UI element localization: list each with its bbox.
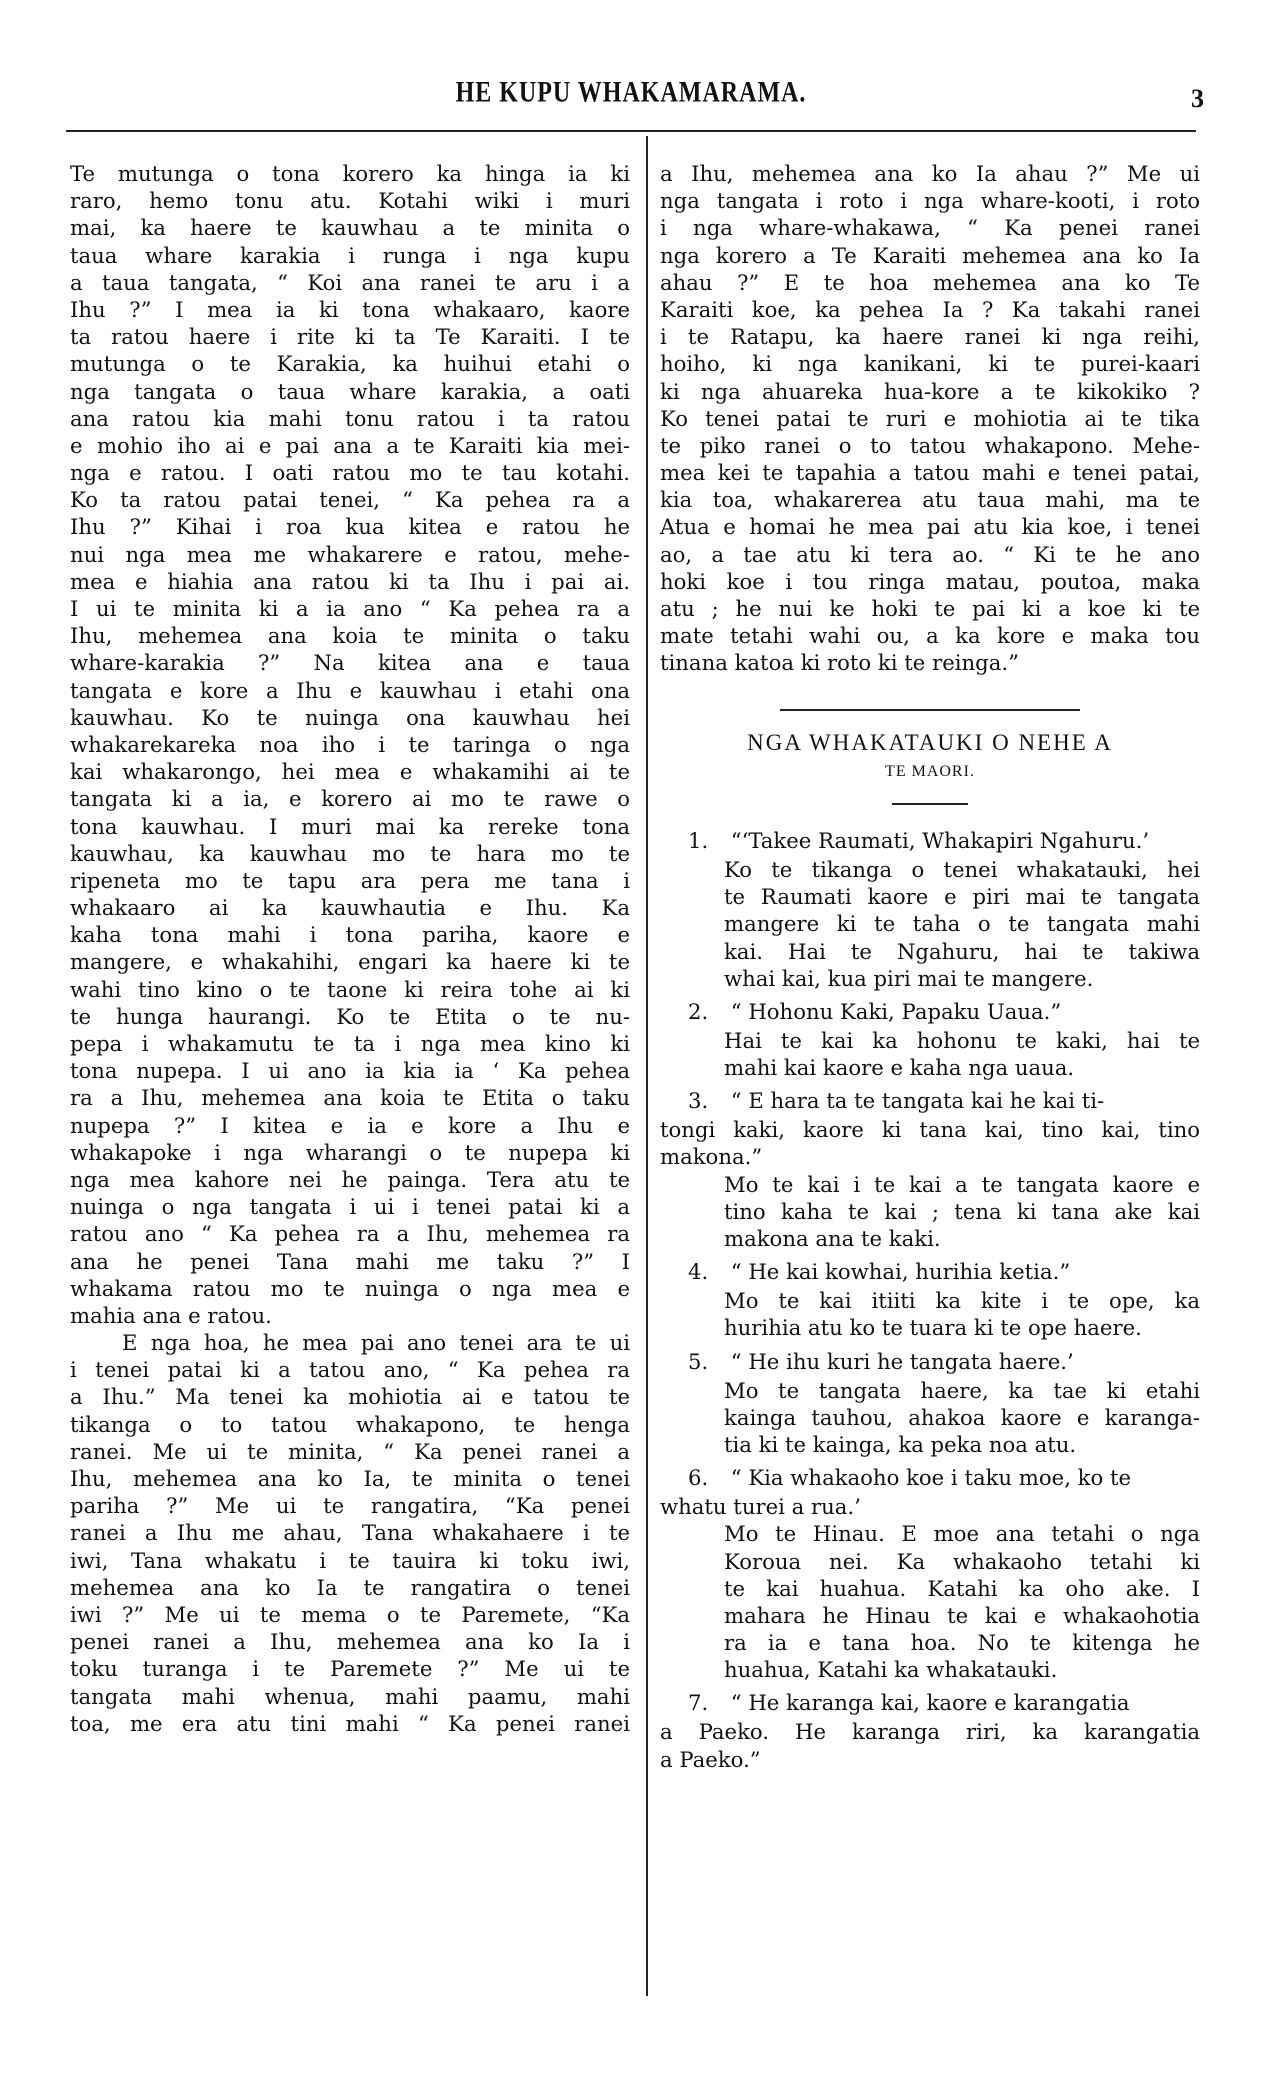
text-line: Mo te Hinau. E moe ana tetahi o nga [724,1520,1200,1547]
text-line: ana he penei Tana mahi me taku ?” I [70,1248,630,1275]
text-line: iwi, Tana whakatu i te tauira ki toku iw… [70,1547,630,1574]
text-line: ratou ano “ Ka pehea ra a Ihu, mehemea r… [70,1220,630,1247]
text-line: ra ia e tana hoa. No te kitenga he [724,1629,1200,1656]
text-line: whakapoke i nga wharangi o te nupepa ki [70,1139,630,1166]
text-line: tino kaha te kai ; tena ki tana ake kai [724,1198,1200,1225]
proverb-saying: “ He karanga kai, kaore e karangatia [731,1690,1130,1715]
text-line: Ihu, mehemea ana koia te minita o taku [70,622,630,649]
text-line: i te Ratapu, ka haere ranei ki nga reihi… [660,323,1200,350]
text-line: pariha ?” Me ui te rangatira, “Ka penei [70,1492,630,1519]
text-line: nga korero a Te Karaiti mehemea ana ko I… [660,242,1200,269]
text-line: tia ki te kainga, ka peka noa atu. [724,1431,1200,1458]
text-line: Te mutunga o tona korero ka hinga ia ki [70,160,630,187]
text-line: nga e ratou. I oati ratou mo te tau kota… [70,459,630,486]
text-line: kainga tauhou, ahakoa kaore e karanga- [724,1404,1200,1431]
proverb-item-2: 2. “ Hohonu Kaki, Papaku Uaua.” Hai te k… [660,998,1200,1081]
proverb-saying: “ E hara ta te tangata kai he kai ti- [731,1088,1104,1113]
text-line: ranei. Me ui te minita, “ Ka penei ranei… [70,1438,630,1465]
section-subtitle: TE MAORI. [660,758,1200,785]
text-line: ana ratou kia mahi tonu ratou i ta ratou [70,405,630,432]
text-line: Atua e homai he mea pai atu kia koe, i t… [660,513,1200,540]
text-line: a Paeko. He karanga riri, ka karangatia [660,1718,1200,1745]
short-divider [892,803,968,805]
text-line: a Ihu, mehemea ana ko Ia ahau ?” Me ui [660,160,1200,187]
text-line: te kai huahua. Katahi ka oho ake. I [724,1575,1200,1602]
text-line: nga mea kahore nei he painga. Tera atu t… [70,1166,630,1193]
text-line: tongi kaki, kaore ki tana kai, tino kai,… [660,1116,1200,1143]
paragraph-2: E nga hoa, he mea pai ano tenei ara te u… [70,1329,630,1737]
text-line: makona.” [660,1143,1200,1170]
text-line: te hunga haurangi. Ko te Etita o te nu- [70,1003,630,1030]
proverb-number: 1. [660,827,724,854]
text-line: ranei a Ihu me ahau, Tana whakahaere i t… [70,1519,630,1546]
text-line: iwi ?” Me ui te mema o te Paremete, “Ka [70,1601,630,1628]
text-line: mangere, e whakahihi, engari ka haere ki… [70,948,630,975]
text-line: whatu turei a rua.’ [660,1493,1200,1520]
paragraph-continued: a Ihu, mehemea ana ko Ia ahau ?” Me ui n… [660,160,1200,677]
text-line: Mo te tangata haere, ka tae ki etahi [724,1377,1200,1404]
text-line: Mo te kai itiiti ka kite i te ope, ka [724,1287,1200,1314]
proverb-explanation: Mo te kai i te kai a te tangata kaore e … [660,1171,1200,1253]
text-line: Ko ta ratou patai tenei, “ Ka pehea ra a [70,486,630,513]
text-line: raro, hemo tonu atu. Kotahi wiki i muri [70,187,630,214]
text-line: i nga whare-whakawa, “ Ka penei ranei [660,214,1200,241]
right-column: a Ihu, mehemea ana ko Ia ahau ?” Me ui n… [660,160,1200,1773]
text-line: pepa i whakamutu te ta i nga mea kino ki [70,1030,630,1057]
left-column: Te mutunga o tona korero ka hinga ia ki … [70,160,630,1737]
page-number: 3 [1191,84,1204,114]
text-line: mangere ki te taha o te tangata mahi [724,910,1200,937]
text-line: I ui te minita ki a ia ano “ Ka pehea ra… [70,595,630,622]
text-line: kaha tona mahi i tona pariha, kaore e [70,921,630,948]
text-line: tangata ki a ia, e korero ai mo te rawe … [70,785,630,812]
text-line: Karaiti koe, ka pehea Ia ? Ka takahi ran… [660,296,1200,323]
text-line: Ko te tikanga o tenei whakatauki, hei [724,856,1200,883]
text-line: ki nga ahuareka hua-kore a te kikokiko ? [660,378,1200,405]
text-line: a Ihu.” Ma tenei ka mohiotia ai e tatou … [70,1383,630,1410]
text-line: tona kauwhau. I muri mai ka rereke tona [70,813,630,840]
text-line: mahi kai kaore e kaha nga uaua. [724,1054,1200,1081]
text-line: Mo te kai i te kai a te tangata kaore e [724,1171,1200,1198]
text-line: Ihu ?” I mea ia ki tona whakaaro, kaore [70,296,630,323]
proverb-saying: “ Hohonu Kaki, Papaku Uaua.” [731,999,1061,1024]
proverb-number: 5. [660,1348,724,1375]
proverb-item-6: 6. “ Kia whakaoho koe i taku moe, ko te … [660,1464,1200,1683]
text-line: kauwhau, ka kauwhau mo te hara mo te [70,840,630,867]
text-line: tinana katoa ki roto ki te reinga.” [660,649,1200,676]
text-line: mate tetahi wahi ou, a ka kore e maka to… [660,622,1200,649]
proverb-item-5: 5. “ He ihu kuri he tangata haere.’ Mo t… [660,1348,1200,1459]
text-line: penei ranei a Ihu, mehemea ana ko Ia i [70,1628,630,1655]
proverb-number: 4. [660,1258,724,1285]
text-line: nupepa ?” I kitea e ia e kore a Ihu e [70,1112,630,1139]
proverb-explanation: Hai te kai ka hohonu te kaki, hai te mah… [660,1027,1200,1081]
text-line: hoki koe i tou ringa matau, poutoa, maka [660,568,1200,595]
text-line: te piko ranei o to tatou whakapono. Mehe… [660,432,1200,459]
proverb-item-3: 3. “ E hara ta te tangata kai he kai ti-… [660,1087,1200,1252]
text-line: ta ratou haere i rite ki ta Te Karaiti. … [70,323,630,350]
text-line: Koroua nei. Ka whakaoho tetahi ki [724,1548,1200,1575]
text-line: mahia ana e ratou. [70,1302,630,1329]
proverb-saying: “ Kia whakaoho koe i taku moe, ko te [731,1465,1131,1490]
text-line: a taua tangata, “ Koi ana ranei te aru i… [70,269,630,296]
text-line: taua whare karakia i runga i nga kupu [70,242,630,269]
text-line: huahua, Katahi ka whakatauki. [724,1656,1200,1683]
text-line: toku turanga i te Paremete ?” Me ui te [70,1655,630,1682]
proverb-number: 6. [660,1464,724,1491]
proverb-saying: “‘Takee Raumati, Whakapiri Ngahuru.’ [731,828,1149,853]
section-title: NGA WHAKATAUKI O NEHE A [660,729,1200,756]
column-divider [646,136,648,1996]
proverb-explanation: Mo te Hinau. E moe ana tetahi o nga Koro… [660,1520,1200,1683]
text-line: E nga hoa, he mea pai ano tenei ara te u… [70,1329,630,1356]
text-line: hoiho, ki nga kanikani, ki te purei-kaar… [660,350,1200,377]
text-line: kai whakarongo, hei mea e whakamihi ai t… [70,758,630,785]
text-line: Ko tenei patai te ruri e mohiotia ai te … [660,405,1200,432]
text-line: a Paeko.” [660,1746,1200,1773]
text-line: mai, ka haere te kauwhau a te minita o [70,214,630,241]
proverb-item-7: 7. “ He karanga kai, kaore e karangatia … [660,1689,1200,1772]
text-line: tona nupepa. I ui ano ia kia ia ‘ Ka peh… [70,1057,630,1084]
text-line: mea kei te tapahia a tatou mahi e tenei … [660,459,1200,486]
text-line: Hai te kai ka hohonu te kaki, hai te [724,1027,1200,1054]
text-line: atu ; he nui ke hoki te pai ki a koe ki … [660,595,1200,622]
text-line: ahau ?” E te hoa mehemea ana ko Te [660,269,1200,296]
proverb-saying: “ He kai kowhai, hurihia ketia.” [731,1259,1070,1284]
proverb-item-4: 4. “ He kai kowhai, hurihia ketia.” Mo t… [660,1258,1200,1341]
text-line: whare-karakia ?” Na kitea ana e taua [70,649,630,676]
proverb-explanation: Mo te tangata haere, ka tae ki etahi kai… [660,1377,1200,1459]
proverb-item-1: 1. “‘Takee Raumati, Whakapiri Ngahuru.’ … [660,827,1200,992]
text-line: whakarekareka noa iho i te taringa o nga [70,731,630,758]
text-line: mea e hiahia ana ratou ki ta Ihu i pai a… [70,568,630,595]
text-line: nui nga mea me whakarere e ratou, mehe- [70,541,630,568]
proverb-explanation: Ko te tikanga o tenei whakatauki, hei te… [660,856,1200,992]
text-line: e mohio iho ai e pai ana a te Karaiti ki… [70,432,630,459]
page-header: HE KUPU WHAKAMARAMA. 3 [66,76,1196,116]
proverb-number: 7. [660,1689,724,1716]
text-line: ra a Ihu, mehemea ana koia te Etita o ta… [70,1084,630,1111]
proverb-number: 2. [660,998,724,1025]
proverb-saying: “ He ihu kuri he tangata haere.’ [731,1349,1074,1374]
text-line: whai kai, kua piri mai te mangere. [724,965,1200,992]
text-line: tangata e kore a Ihu e kauwhau i etahi o… [70,677,630,704]
text-line: makona ana te kaki. [724,1225,1200,1252]
text-line: tangata mahi whenua, mahi paamu, mahi [70,1683,630,1710]
text-line: kai. Hai te Ngahuru, hai te takiwa [724,938,1200,965]
text-line: nga tangata i roto i nga whare-kooti, i … [660,187,1200,214]
text-line: whakama ratou mo te nuinga o nga mea e [70,1275,630,1302]
paragraph-1: Te mutunga o tona korero ka hinga ia ki … [70,160,630,1329]
text-line: ripeneta mo te tapu ara pera me tana i [70,867,630,894]
text-line: mahara he Hinau te kai e whakaohotia [724,1602,1200,1629]
text-line: toa, me era atu tini mahi “ Ka penei ran… [70,1710,630,1737]
text-line: hurihia atu ko te tuara ki te ope haere. [724,1314,1200,1341]
running-title: HE KUPU WHAKAMARAMA. [66,77,1196,111]
text-line: whakaaro ai ka kauwhautia e Ihu. Ka [70,894,630,921]
text-line: nuinga o nga tangata i ui i tenei patai … [70,1193,630,1220]
proverb-explanation: Mo te kai itiiti ka kite i te ope, ka hu… [660,1287,1200,1341]
text-line: i tenei patai ki a tatou ano, “ Ka pehea… [70,1356,630,1383]
text-line: ao, a tae atu ki tera ao. “ Ki te he ano [660,541,1200,568]
text-line: kia toa, whakarerea atu taua mahi, ma te [660,486,1200,513]
header-rule [66,130,1196,132]
proverb-number: 3. [660,1087,724,1114]
text-line: Ihu ?” Kihai i roa kua kitea e ratou he [70,513,630,540]
text-line: mehemea ana ko Ia te rangatira o tenei [70,1574,630,1601]
text-line: wahi tino kino o te taone ki reira tohe … [70,976,630,1003]
section-divider [780,709,1080,711]
text-line: mutunga o te Karakia, ka huihui etahi o [70,350,630,377]
text-line: kauwhau. Ko te nuinga ona kauwhau hei [70,704,630,731]
text-line: Ihu, mehemea ana ko Ia, te minita o tene… [70,1465,630,1492]
text-line: nga tangata o taua whare karakia, a oati [70,378,630,405]
text-line: tikanga o to tatou whakapono, te henga [70,1411,630,1438]
text-line: te Raumati kaore e piri mai te tangata [724,883,1200,910]
